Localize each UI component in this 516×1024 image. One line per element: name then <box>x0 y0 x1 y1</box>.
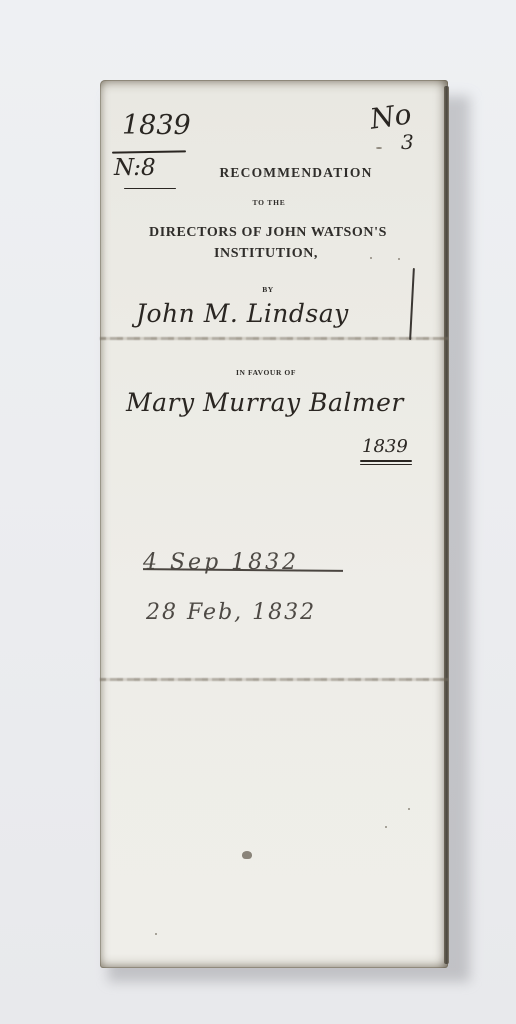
handwritten-year-under-name: 1839 <box>362 436 408 457</box>
form-title: RECOMMENDATION <box>122 165 470 181</box>
document-paper <box>100 80 448 968</box>
year2-underline-1 <box>360 460 412 462</box>
applicant-name: Mary Murray Balmer <box>126 388 404 417</box>
form-to-the: TO THE <box>95 198 443 207</box>
recommender-signature: John M. Lindsay <box>136 299 349 328</box>
handwritten-no-value: 3 <box>401 130 414 154</box>
form-directors: DIRECTORS OF JOHN WATSON'S <box>94 225 442 241</box>
corrected-date: 28 Feb, 1832 <box>146 600 316 625</box>
paper-stain <box>242 851 252 859</box>
paper-speck <box>370 257 372 259</box>
paper-edge <box>444 86 449 964</box>
struck-date: 4 Sep 1832 <box>143 550 299 575</box>
form-by: BY <box>94 285 442 294</box>
paper-speck <box>385 826 387 828</box>
number-underline <box>124 188 176 189</box>
paper-speck <box>398 258 400 260</box>
paper-speck <box>155 933 157 935</box>
fold-line-lower <box>100 678 448 681</box>
form-in-favour-of: IN FAVOUR OF <box>92 368 440 377</box>
fold-line-upper <box>100 337 448 340</box>
form-institution: INSTITUTION, <box>92 246 440 262</box>
ink-speck <box>376 147 382 149</box>
year2-underline-2 <box>360 464 412 465</box>
paper-speck <box>408 808 410 810</box>
handwritten-year-top: 1839 <box>122 110 191 141</box>
